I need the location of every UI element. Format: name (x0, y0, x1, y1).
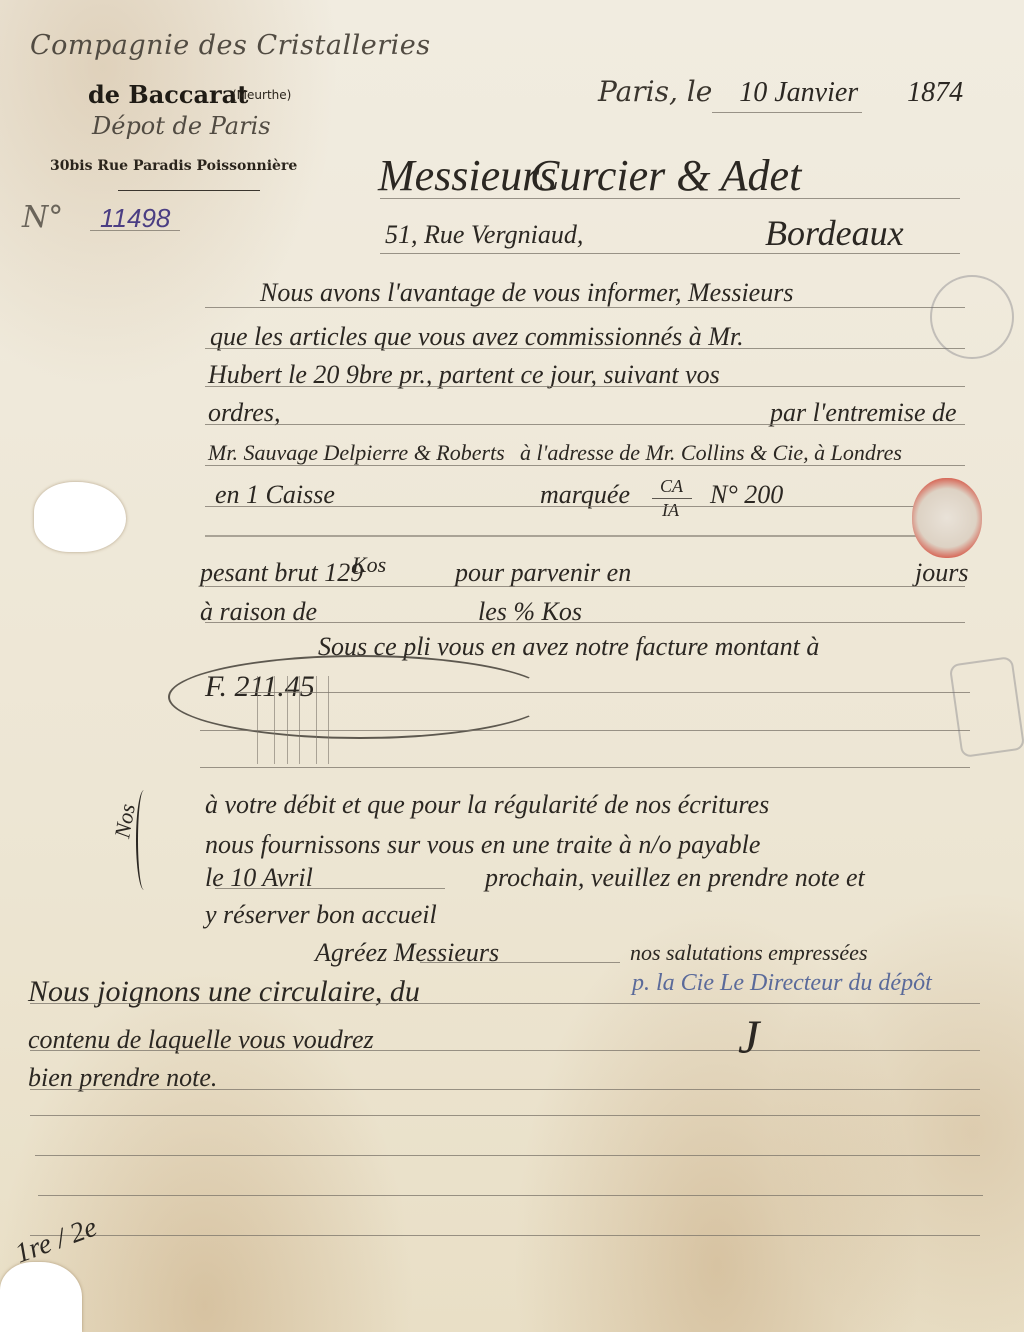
postscript-rule (30, 1089, 980, 1090)
continuation-line-4: y réserver bon accueil (205, 900, 437, 930)
blank-rule (30, 1235, 980, 1236)
gross-weight: pesant brut 129 (200, 558, 363, 588)
body-rule (200, 767, 970, 768)
next-label: prochain, veuillez en prendre note et (485, 863, 865, 893)
date-year: 1874 (907, 77, 963, 108)
date-line: Paris, le 10 Janvier 1874 (598, 75, 963, 109)
postmark-circle (930, 275, 1014, 359)
days-label: jours (915, 558, 968, 588)
body-rule (205, 424, 965, 425)
amount-grid (316, 676, 317, 764)
due-date-rule (215, 888, 445, 889)
recipient-address: 51, Rue Vergniaud, (385, 220, 583, 250)
closing: Agréez Messieurs (315, 938, 499, 968)
body-rule (240, 692, 970, 693)
letter-number-label: N° (22, 200, 63, 235)
mark-fraction-bar (652, 498, 692, 499)
margin-bracket (136, 790, 152, 890)
director-stamp: p. la Cie Le Directeur du dépôt (632, 970, 932, 997)
weight-unit: Kos (352, 552, 386, 578)
date-rule (712, 112, 862, 113)
letterhead-address: 30bis Rue Paradis Poissonnière (50, 158, 297, 174)
to-reach-label: pour parvenir en (455, 558, 631, 588)
blank-rule (35, 1155, 980, 1156)
continuation-line-1: à votre débit et que pour la régularité … (205, 790, 769, 820)
forwarder-name: Mr. Sauvage Delpierre & Roberts (208, 440, 505, 466)
paper-hole (0, 1262, 82, 1332)
mark-top: CA (660, 476, 683, 497)
body-line-1: Nous avons l'avantage de vous informer, … (260, 278, 793, 308)
letterhead-region: (Meurthe) (232, 88, 291, 102)
body-rule (205, 586, 965, 587)
amount-grid (257, 676, 258, 764)
letterhead-depot: Dépot de Paris (92, 112, 271, 140)
postscript-rule (30, 1003, 980, 1004)
amount-grid (274, 676, 275, 764)
body-rule (205, 386, 965, 387)
amount-grid (328, 676, 329, 764)
postmark-stamp (949, 656, 1024, 758)
continuation-line-2: nous fournissons sur vous en une traite … (205, 830, 760, 860)
bracket-flourish (168, 655, 552, 739)
letterhead-divider (118, 190, 260, 191)
recipient-city: Bordeaux (765, 212, 904, 254)
closing-tail: nos salutations empressées (630, 940, 868, 966)
body-rule (205, 622, 965, 623)
date-day-month: 10 Janvier (739, 77, 858, 108)
paper-hole (34, 482, 126, 552)
body-rule (205, 465, 965, 466)
destination-address: à l'adresse de Mr. Collins & Cie, à Lond… (520, 440, 902, 466)
recipient-rule (380, 198, 960, 199)
address-rule (380, 253, 960, 254)
amount-grid (287, 676, 288, 764)
letterhead-name: de Baccarat (88, 80, 248, 109)
mark-bottom: IA (662, 500, 679, 521)
flourish-rule (205, 535, 965, 537)
blank-rule (30, 1115, 980, 1116)
letterhead-company: Compagnie des Cristalleries (30, 30, 431, 61)
body-rule (205, 307, 965, 308)
recipient-name: Curcier & Adet (530, 150, 801, 201)
blank-rule (38, 1195, 983, 1196)
body-rule (205, 506, 965, 507)
date-place: Paris, le (598, 75, 712, 108)
closing-rule (420, 962, 620, 963)
number-rule (90, 230, 180, 231)
signature-initials: J (738, 1010, 759, 1065)
postscript-rule (30, 1050, 980, 1051)
body-rule (205, 348, 965, 349)
wax-seal (912, 478, 982, 558)
corner-note: 1re / 2e (11, 1212, 101, 1271)
amount-grid (299, 676, 300, 764)
